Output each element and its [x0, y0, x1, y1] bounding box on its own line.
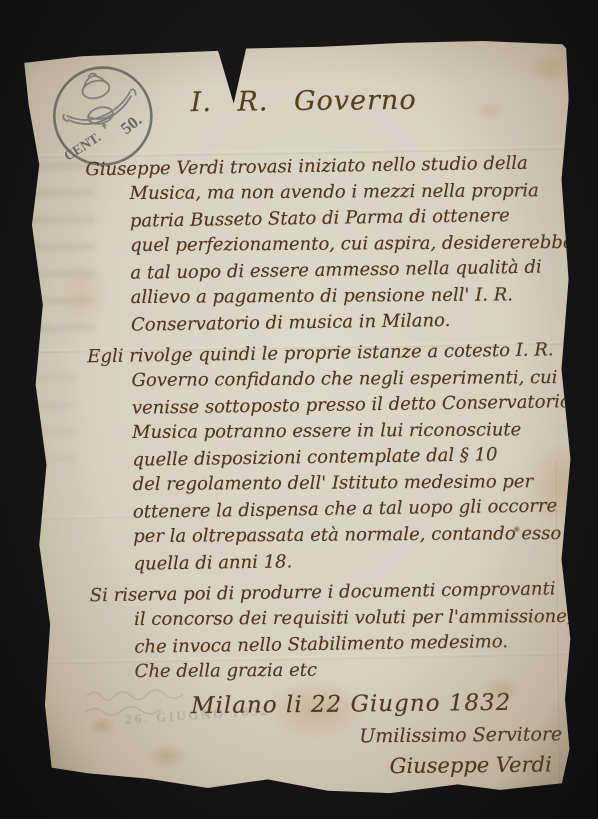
letter-signature: Giuseppe Verdi — [390, 751, 562, 779]
paragraph-1: Giuseppe Verdi trovasi iniziato nello st… — [85, 151, 557, 338]
foxing-stain — [475, 100, 505, 122]
stamp-value-label: 50. — [117, 110, 145, 138]
handwritten-line: Conservatorio di musica in Milano. — [131, 306, 557, 338]
ink-bleed-through — [36, 374, 77, 464]
letter-closing: Umilissimo Servitore — [359, 721, 561, 749]
letter-paper: CENT. 50. 26. GIUGNO 1832 I. R. Governo … — [22, 39, 576, 797]
paragraph-3: Si riserva poi di produrre i documenti c… — [90, 577, 561, 686]
paragraph-2: Egli rivolge quindi le proprie istanze a… — [87, 338, 559, 577]
letter-heading: I. R. Governo — [191, 85, 417, 118]
handwritten-line: quella di anni 18. — [133, 545, 559, 577]
foxing-stain — [528, 53, 570, 83]
letter-body: Giuseppe Verdi trovasi iniziato nello st… — [85, 151, 562, 782]
photo-background: CENT. 50. 26. GIUGNO 1832 I. R. Governo … — [0, 0, 598, 819]
handwritten-line: Che della grazia etc — [135, 656, 561, 685]
letter-dateline: Milano li 22 Giugno 1832 — [191, 689, 561, 719]
